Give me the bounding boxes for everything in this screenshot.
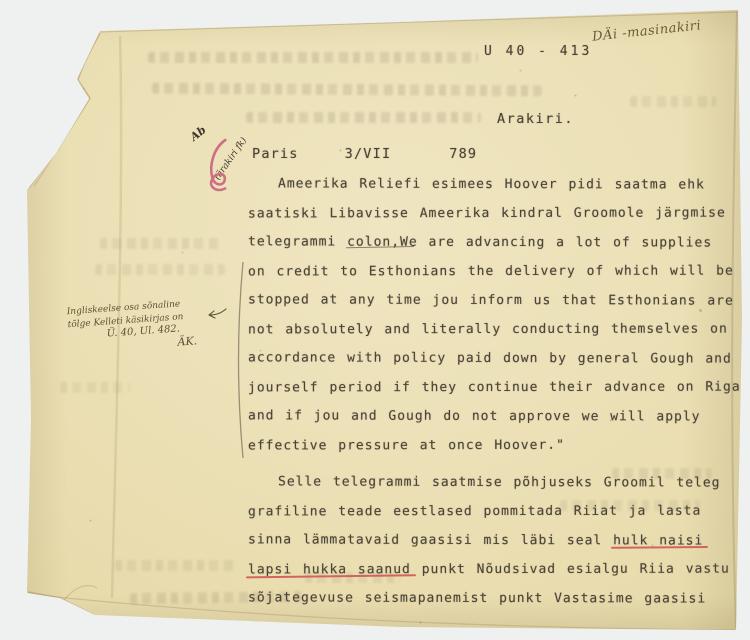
typed-text: jourself period if they continue their a… [248, 380, 741, 396]
typed-line: effective pressure at once Hoover." [248, 431, 750, 461]
typed-text: We are advancing a lot of supplies [400, 235, 712, 251]
typed-line: Selle telegrammi saatmise põhjuseks Groo… [248, 467, 750, 497]
typed-text: on credit to Esthonians the delivery of … [248, 264, 734, 280]
document-number: U 40 - 413 [484, 44, 592, 59]
typed-line: not absolutely and literally conducting … [248, 315, 750, 345]
typed-text: and if jou and Gough do not approve we w… [248, 408, 701, 424]
bleedthrough-line [115, 560, 235, 571]
margin-note: Ingliskeelse osa sõnaline tõlge Kelleti … [66, 296, 219, 356]
document-type-label: Arakiri. [497, 111, 574, 127]
typed-text: Selle telegrammi saatmise põhjuseks Groo… [278, 474, 721, 490]
typed-text: telegrammi [248, 234, 347, 249]
margin-quote-bracket [233, 262, 247, 462]
typed-text: saatiski Libavisse Ameerika kindral Groo… [248, 206, 726, 222]
typed-line: sõjategevuse seismapanemist punkt Vastas… [248, 583, 750, 613]
dateline-place: Paris [252, 146, 299, 162]
typed-line: telegrammi colon,We are advancing a lot … [248, 227, 750, 257]
dateline-number: 789 [449, 146, 477, 162]
underlined-text: colon, [347, 235, 400, 250]
bleedthrough-line [630, 96, 716, 107]
bleedthrough-line [95, 264, 225, 275]
body-lines: Ameerika Reliefi esimees Hoover pidi saa… [248, 170, 750, 613]
margin-note-arrow-icon [206, 306, 228, 320]
typed-line: Ameerika Reliefi esimees Hoover pidi saa… [248, 169, 750, 199]
typed-text: stopped at any time jou inform us that E… [248, 292, 734, 308]
typed-line: on credit to Esthonians the delivery of … [248, 257, 750, 287]
dateline-date: 3/VII [345, 146, 392, 162]
typed-text: effective pressure at once Hoover." [248, 438, 565, 454]
underlined-text: hulk naisi [613, 533, 703, 548]
typed-text: sõjategevuse seismapanemist punkt Vastas… [248, 590, 706, 606]
bleedthrough-line [148, 52, 478, 63]
typed-text: Ameerika Reliefi esimees Hoover pidi saa… [278, 176, 705, 192]
bleedthrough-line [246, 112, 481, 123]
typed-line: grafiline teade eestlased pommitada Riia… [248, 497, 750, 527]
typed-text: punkt Nõudsivad esialgu Riia vastu [411, 562, 730, 578]
typed-line: stopped at any time jou inform us that E… [248, 285, 750, 315]
typed-line: accordance with policy paid down by gene… [248, 343, 750, 373]
underlined-text: lapsi hukka saanud [248, 562, 411, 577]
typed-line: saatiski Libavisse Ameerika kindral Groo… [248, 199, 750, 229]
bleedthrough-line [100, 238, 220, 249]
red-ink-mark [203, 137, 237, 197]
typed-line: lapsi hukka saanud punkt Nõudsivad esial… [248, 555, 750, 585]
typed-text: sinna lämmatavaid gaasisi mis läbi seal [248, 532, 613, 548]
dateline: Paris3/VII789 [252, 146, 477, 162]
typed-line: jourself period if they continue their a… [248, 373, 750, 403]
paper-speckles [0, 0, 1, 1]
scan-background: U 40 - 413 DÄi -masinakiri Arakiri. Pari… [0, 0, 750, 640]
document-page: U 40 - 413 DÄi -masinakiri Arakiri. Pari… [0, 0, 750, 640]
typed-text: grafiline teade eestlased pommitada Riia… [248, 504, 701, 520]
typed-line: sinna lämmatavaid gaasisi mis läbi seal … [248, 525, 750, 555]
bleedthrough-line [60, 382, 130, 393]
typed-text: accordance with policy paid down by gene… [248, 350, 732, 366]
typed-text: not absolutely and literally conducting … [248, 322, 728, 338]
typed-line: and if jou and Gough do not approve we w… [248, 401, 750, 431]
